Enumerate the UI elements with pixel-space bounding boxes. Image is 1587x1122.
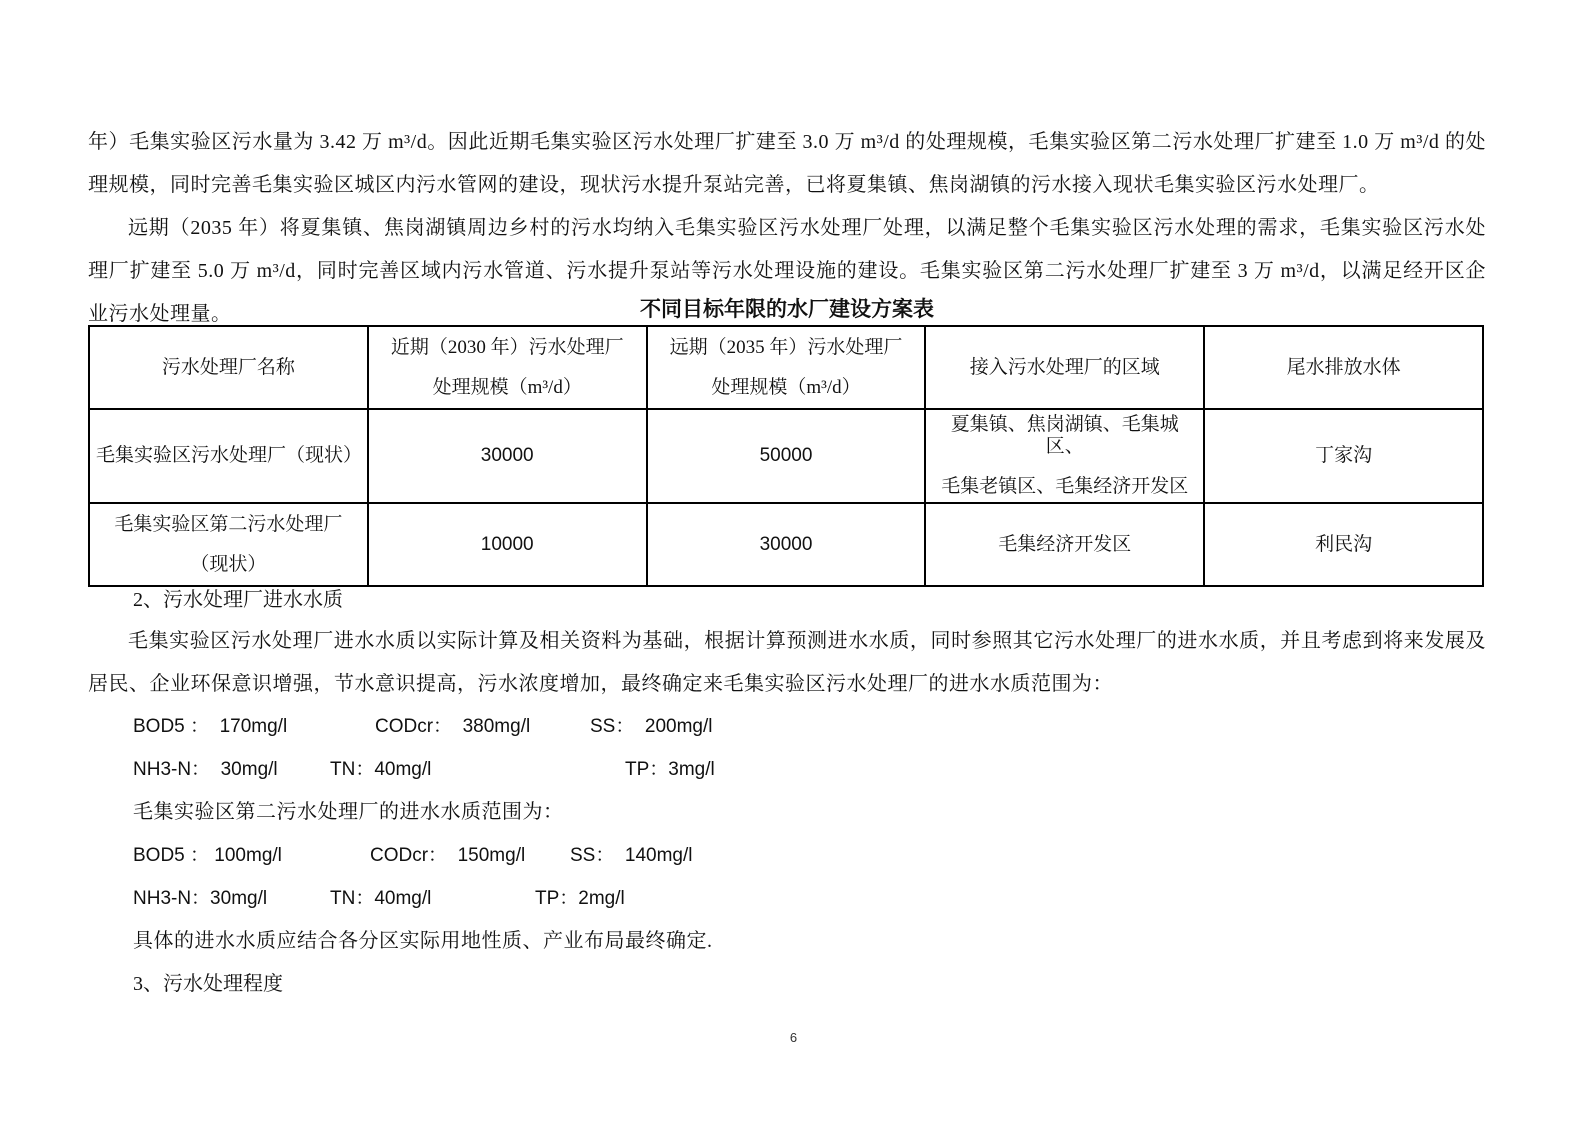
- plant1-area-line1: 夏集镇、焦岗湖镇、毛集城区、: [932, 414, 1197, 458]
- table-row-plant2: 毛集实验区第二污水处理厂 （现状） 10000 30000 毛集经济开发区 利民…: [89, 503, 1483, 586]
- header-outfall: 尾水排放水体: [1204, 326, 1483, 409]
- plant2-outfall-text: 利民沟: [1211, 534, 1476, 556]
- header-outfall-label: 尾水排放水体: [1211, 357, 1476, 379]
- table-row-plant1: 毛集实验区污水处理厂（现状） 30000 50000 夏集镇、焦岗湖镇、毛集城区…: [89, 409, 1483, 503]
- paragraph-final-note: 具体的进水水质应结合各分区实际用地性质、产业布局最终确定.: [88, 920, 1531, 963]
- plant1-name-text: 毛集实验区污水处理厂（现状）: [96, 445, 361, 467]
- document-page: 年）毛集实验区污水量为 3.42 万 m³/d。因此近期毛集实验区污水处理厂扩建…: [0, 0, 1587, 1122]
- paragraph-influent-quality: 毛集实验区污水处理厂进水水质以实际计算及相关资料为基础，根据计算预测进水水质，同…: [88, 620, 1486, 706]
- wq1-nh3n: NH3-N： 30mg/l: [133, 748, 278, 791]
- header-near-term-capacity: 近期（2030 年）污水处理厂 处理规模（m³/d）: [368, 326, 647, 409]
- cell-plant2-outfall: 利民沟: [1204, 503, 1483, 586]
- header-plant-name: 污水处理厂名称: [89, 326, 368, 409]
- table-title: 不同目标年限的水厂建设方案表: [88, 293, 1486, 325]
- cell-plant2-name: 毛集实验区第二污水处理厂 （现状）: [89, 503, 368, 586]
- wq1-ss: SS： 200mg/l: [590, 705, 713, 748]
- table-header-row: 污水处理厂名称 近期（2030 年）污水处理厂 处理规模（m³/d） 远期（20…: [89, 326, 1483, 409]
- header-long-term-line1: 远期（2035 年）污水处理厂: [654, 337, 919, 359]
- wq2-tn: TN：40mg/l: [330, 877, 431, 920]
- wq2-spec-line-2: NH3-N：30mg/l TN：40mg/l TP：2mg/l: [88, 877, 1486, 920]
- page-number: 6: [0, 1030, 1587, 1045]
- header-near-term-line1: 近期（2030 年）污水处理厂: [375, 337, 640, 359]
- wq2-bod5: BOD5 ： 100mg/l: [133, 834, 282, 877]
- plant1-outfall-text: 丁家沟: [1211, 445, 1476, 467]
- header-long-term-line2: 处理规模（m³/d）: [654, 377, 919, 399]
- section-3-heading: 3、污水处理程度: [88, 963, 1531, 1006]
- plant2-near-term-value: 10000: [375, 534, 640, 556]
- header-service-area: 接入污水处理厂的区域: [925, 326, 1204, 409]
- wq2-nh3n: NH3-N：30mg/l: [133, 877, 267, 920]
- cell-plant1-outfall: 丁家沟: [1204, 409, 1483, 503]
- plant1-area-line2: 毛集老镇区、毛集经济开发区: [932, 476, 1197, 498]
- wq1-tn: TN：40mg/l: [330, 748, 431, 791]
- cell-plant1-near-term: 30000: [368, 409, 647, 503]
- wq1-codcr: CODcr： 380mg/l: [375, 705, 530, 748]
- paragraph-second-plant-range: 毛集实验区第二污水处理厂的进水水质范围为：: [88, 791, 1531, 834]
- plant2-long-term-value: 30000: [654, 534, 919, 556]
- wq1-tp: TP：3mg/l: [625, 748, 715, 791]
- plant1-near-term-value: 30000: [375, 445, 640, 467]
- wq2-codcr: CODcr： 150mg/l: [370, 834, 525, 877]
- wq1-bod5: BOD5 ： 170mg/l: [133, 705, 287, 748]
- cell-plant1-long-term: 50000: [647, 409, 926, 503]
- cell-plant2-long-term: 30000: [647, 503, 926, 586]
- section-2-heading: 2、污水处理厂进水水质: [88, 579, 1531, 622]
- plant-construction-table: 污水处理厂名称 近期（2030 年）污水处理厂 处理规模（m³/d） 远期（20…: [88, 325, 1484, 587]
- cell-plant2-area: 毛集经济开发区: [925, 503, 1204, 586]
- cell-plant1-name: 毛集实验区污水处理厂（现状）: [89, 409, 368, 503]
- header-near-term-line2: 处理规模（m³/d）: [375, 377, 640, 399]
- plant2-area-text: 毛集经济开发区: [932, 534, 1197, 556]
- plant2-name-line1: 毛集实验区第二污水处理厂: [96, 514, 361, 536]
- paragraph-near-term-plan: 年）毛集实验区污水量为 3.42 万 m³/d。因此近期毛集实验区污水处理厂扩建…: [88, 121, 1486, 207]
- header-service-area-label: 接入污水处理厂的区域: [932, 357, 1197, 379]
- header-plant-name-label: 污水处理厂名称: [96, 357, 361, 379]
- wq1-spec-line-1: BOD5 ： 170mg/l CODcr： 380mg/l SS： 200mg/…: [88, 705, 1486, 748]
- plant2-name-line2: （现状）: [96, 554, 361, 576]
- cell-plant1-area: 夏集镇、焦岗湖镇、毛集城区、 毛集老镇区、毛集经济开发区: [925, 409, 1204, 503]
- wq1-spec-line-2: NH3-N： 30mg/l TN：40mg/l TP：3mg/l: [88, 748, 1486, 791]
- plant1-long-term-value: 50000: [654, 445, 919, 467]
- header-long-term-capacity: 远期（2035 年）污水处理厂 处理规模（m³/d）: [647, 326, 926, 409]
- wq2-spec-line-1: BOD5 ： 100mg/l CODcr： 150mg/l SS： 140mg/…: [88, 834, 1486, 877]
- wq2-tp: TP：2mg/l: [535, 877, 625, 920]
- wq2-ss: SS： 140mg/l: [570, 834, 693, 877]
- cell-plant2-near-term: 10000: [368, 503, 647, 586]
